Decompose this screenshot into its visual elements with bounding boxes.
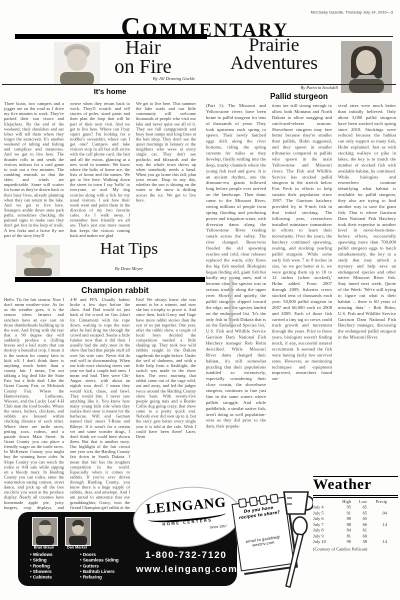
ad-phone: 1-800-732-7120	[138, 550, 234, 561]
portrait-woman-dark-hair	[341, 41, 392, 93]
hat-tips-column-1: Hello. Tis the fair season. Now I don't …	[4, 297, 64, 511]
weather-date: July 10	[313, 539, 335, 545]
ad-services-list-1: WindowsSidingRoofingShowersCabinets	[30, 552, 78, 584]
ad-website: www.leingang.com	[136, 564, 236, 575]
service-item: Cabinets	[30, 575, 78, 581]
hair-column-2: weave when they return back to work. The…	[70, 101, 130, 244]
byline-dean: By Dean Meyer	[80, 266, 178, 273]
ad-person-name: Dan Markel	[58, 545, 96, 551]
newspaper-page: { "page": { "masthead": "McClusky Gazett…	[0, 0, 400, 600]
weather-box: Weather High Low Precip July 4 95 65	[313, 476, 398, 599]
columnist-photo-patricia	[341, 41, 392, 93]
ad-services-list-2: DoorsSeamless SidingGuttersBathtub Liner…	[80, 552, 142, 584]
hat-tips-bar	[15, 277, 205, 282]
headline-line2: Adventures	[210, 55, 338, 73]
byline-jill: By Jill Denning Gackle	[96, 76, 195, 83]
subhead-its-home: It's home	[30, 87, 190, 96]
portrait-woman-light-hair	[54, 42, 100, 85]
service-item: Refacing	[80, 575, 142, 581]
leingang-since: Since 1957	[183, 525, 227, 534]
subhead-pallid-sturgeon: Pallid sturgeon	[214, 92, 384, 101]
hat-tips-column-3: Fair! We always knew she was meant to be…	[136, 297, 196, 511]
recipes-promo: Do you have recipes to share? email to g…	[230, 486, 314, 598]
weather-rule	[313, 495, 398, 498]
byline-patricia: By Patricia Stockdill	[238, 85, 338, 92]
ad-photo-dan	[65, 517, 91, 546]
scan-artifact	[229, 279, 233, 325]
hair-column-1: Three boats, two campers and a jogger ar…	[4, 101, 64, 244]
hat-tips-column-2: 4-H and FFA. Usually babies broke a few …	[70, 297, 130, 511]
headline-hat-tips: Hat Tips	[68, 241, 190, 257]
headline-line2: on Fire	[95, 58, 191, 77]
sturgeon-column-1: (Part 1): The Missouri and Yellowstone r…	[206, 103, 266, 511]
headline-prairie-adventures: Prairie Adventures	[210, 37, 338, 73]
subhead-champion-rabbit: Champion rabbit	[40, 285, 190, 295]
weather-table: High Low Precip July 4 95 65 July 5 91	[313, 499, 398, 583]
weather-low: 58	[351, 539, 367, 545]
weather-rows: July 4 95 65 July 5 91 65 .04 July 6	[313, 505, 398, 545]
columnist-photo-dean	[16, 245, 60, 276]
weather-high: 90	[335, 539, 351, 545]
sturgeon-column-2: tions are still strong enough to allow b…	[272, 103, 332, 511]
portrait-dan-markel	[66, 518, 90, 545]
weather-title: Weather	[313, 477, 398, 494]
sturgeon-column-3: vival rates were much better than initia…	[338, 103, 396, 471]
service-list: DoorsSeamless SidingGuttersBathtub Liner…	[80, 552, 142, 580]
weather-precip: .14	[367, 539, 387, 545]
measuring-cup-and-spoon-illustration	[278, 484, 316, 594]
header-divider-rule	[2, 84, 396, 85]
columnist-photo-jill	[54, 42, 100, 85]
ad-photo-brad	[32, 517, 58, 546]
service-list: WindowsSidingRoofingShowersCabinets	[30, 552, 78, 580]
portrait-brad-braun	[33, 518, 57, 545]
portrait-man-cowboy-hat	[16, 245, 60, 276]
weather-row: July 10 90 58 .14	[313, 539, 398, 545]
weather-courtesy: (Courtesy of Candice Pellican)	[313, 547, 398, 553]
hair-column-3: We get to live here. This summer the lak…	[136, 101, 196, 244]
headline-hair-on-fire: Hair on Fire	[95, 39, 191, 77]
